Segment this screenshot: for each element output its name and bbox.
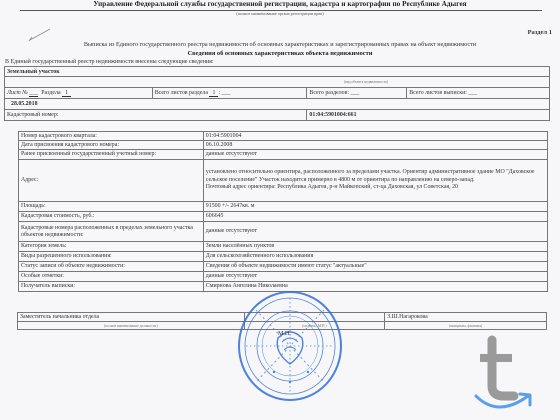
name-caption: (инициалы, фамилия)	[385, 322, 547, 330]
sheet-info: Лист № ___ Раздела 1	[5, 88, 153, 99]
row-value: Для сельскохозяйственного использования	[203, 252, 547, 262]
section-value: 1	[62, 90, 71, 97]
total-sections: Всего разделов: ___	[307, 88, 407, 99]
row-value: 01:04:5901004	[203, 132, 547, 141]
row-value: данные отсутствуют	[203, 272, 547, 282]
address-landmark: установлено относительно ориентира, расп…	[206, 169, 545, 184]
total-sheets-section-label: Всего листов раздела	[155, 90, 208, 96]
sheet-label: Лист №	[7, 90, 28, 96]
official-position: Заместитель начальника отдела	[18, 313, 245, 322]
row-value: 91500 +/- 2647кв. м	[203, 202, 547, 212]
cadastral-number-label: Кадастровый номер:	[5, 110, 307, 121]
extract-title: Выписка из Единого государственного реес…	[0, 41, 560, 48]
main-title: Сведения об основных характеристиках объ…	[0, 50, 560, 57]
total-sheets-extract-value: ___	[468, 90, 477, 96]
row-label: Виды разрешенного использования:	[19, 252, 204, 262]
table-row: Адрес: установлено относительно ориентир…	[19, 160, 548, 202]
total-sheets-extract: Всего листов выписки: ___	[407, 88, 550, 99]
row-label: Ранее присвоенный государственный учетны…	[19, 150, 204, 160]
table-row: Дата присвоения кадастрового номера: 06.…	[19, 141, 548, 150]
table-row: Кадастровая стоимость, руб.: 606645	[19, 212, 548, 222]
authority-name: Управление Федеральной службы государств…	[0, 0, 560, 8]
row-value: данные отсутствуют	[203, 150, 547, 160]
object-summary-table: Земельный участок (вид объекта недвижимо…	[4, 66, 550, 121]
row-label: Дата присвоения кадастрового номера:	[19, 141, 204, 150]
row-label: Площадь:	[19, 202, 204, 212]
table-row: Площадь: 91500 +/- 2647кв. м	[19, 202, 548, 212]
table-row: Номер кадастрового квартала: 01:04:59010…	[19, 132, 548, 141]
total-sections-value: ___	[351, 90, 360, 96]
cadastral-number-value: 01:04:5901004:661	[307, 110, 550, 121]
table-row: Категория земель: Земли населённых пункт…	[19, 242, 548, 252]
extract-date: 28.05.2018	[5, 99, 550, 110]
row-value: данные отсутствуют	[203, 222, 547, 242]
total-sections-label: Всего разделов:	[309, 90, 349, 96]
position-caption: (полное наименование должности)	[18, 322, 245, 330]
row-label: Кадастровая стоимость, руб.:	[19, 212, 204, 222]
intro-text: В Единый государственный реестр недвижим…	[5, 59, 214, 65]
table-row: Ранее присвоенный государственный учетны…	[19, 150, 548, 160]
row-value: 06.10.2008	[203, 141, 547, 150]
total-sheets-extract-label: Всего листов выписки:	[409, 90, 467, 96]
characteristics-table: Номер кадастрового квартала: 01:04:59010…	[18, 131, 548, 292]
row-label: Номер кадастрового квартала:	[19, 132, 204, 141]
row-value: 606645	[203, 212, 547, 222]
official-name: З.Ш.Нагарокова	[385, 313, 547, 322]
total-sheets-section-suffix: : ___	[218, 90, 230, 96]
sheet-value: ___	[29, 90, 38, 97]
official-stamp-icon	[236, 290, 344, 402]
address-value: установлено относительно ориентира, расп…	[203, 160, 547, 202]
watermark-logo-icon	[472, 334, 552, 414]
row-label: Кадастровые номера расположенных в преде…	[19, 222, 204, 242]
section-number: Раздел 1	[528, 29, 552, 36]
row-value: Сведения об объекте недвижимости имеют с…	[203, 262, 547, 272]
row-label: Категория земель:	[19, 242, 204, 252]
object-type-caption: (вид объекта недвижимости)	[5, 77, 550, 88]
table-row: Статус записи об объекте недвижимости: С…	[19, 262, 548, 272]
authority-caption: (полное наименование органа регистрации …	[0, 11, 560, 16]
table-row: Особые отметки: данные отсутствуют	[19, 272, 548, 282]
row-value: Земли населённых пунктов	[203, 242, 547, 252]
object-type: Земельный участок	[5, 67, 550, 77]
row-label: Статус записи об объекте недвижимости:	[19, 262, 204, 272]
section-label: Раздела	[41, 90, 60, 96]
total-sheets-section: Всего листов раздела 1: ___	[152, 88, 307, 99]
row-label: Особые отметки:	[19, 272, 204, 282]
stamp-mark: М.П.	[278, 331, 291, 337]
row-label: Адрес:	[19, 160, 204, 202]
table-row: Виды разрешенного использования: Для сел…	[19, 252, 548, 262]
address-postal: Почтовый адрес ориентира: Республика Ады…	[206, 184, 545, 192]
table-row: Кадастровые номера расположенных в преде…	[19, 222, 548, 242]
row-label: Получатель выписки:	[19, 282, 204, 292]
